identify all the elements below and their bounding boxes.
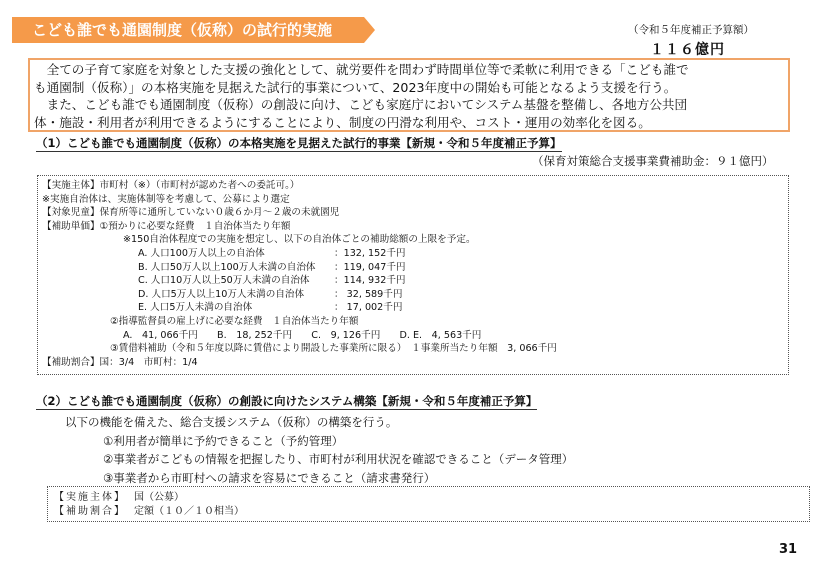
tier-label: E. 人口5万人未満の自治体	[138, 302, 252, 313]
tier-label: C. 人口10万人以上50万人未満の自治体	[138, 275, 310, 286]
summary-line: も通園制（仮称）」の本格実施を見据えた試行的事業について、2023年度中の開始も…	[34, 79, 784, 97]
implementer-note: ※実施自治体は、実施体制等を考慮して、公募により選定	[42, 193, 784, 207]
ratio-line: 【補助割合】国：3/4 市町村：1/4	[42, 356, 784, 370]
page-number: 31	[779, 542, 797, 557]
implementer-key: 【実施主体】	[54, 491, 134, 505]
section1-heading: （1）こども誰でも通園制度（仮称）の本格実施を見据えた試行的事業【新規・令和５年…	[36, 136, 562, 152]
summary-line: また、こども誰でも通園制度（仮称）の創設に向け、こども家庭庁においてシステム基盤…	[34, 96, 784, 114]
section2-details-box: 【実施主体】国（公募） 【補助割合】定額（１０／１０相当）	[47, 486, 810, 522]
tier-row: C. 人口10万人以上50万人未満の自治体：114, 932千円	[42, 274, 784, 288]
rent-line: ③賃借料補助（令和５年度以降に賃借により開設した事業所に限る） １事業所当たり年…	[42, 342, 784, 356]
implementer-row: 【実施主体】国（公募）	[54, 491, 803, 505]
tier-label: D. 人口5万人以上10万人未満の自治体	[138, 289, 304, 300]
tier-row: D. 人口5万人以上10万人未満の自治体： 32, 589千円	[42, 288, 784, 302]
section2-heading: （2）こども誰でも通園制度（仮称）の創設に向けたシステム構築【新規・令和５年度補…	[36, 394, 537, 410]
budget-amount: １１６億円	[650, 39, 725, 59]
banner-arrow-shape	[364, 17, 375, 43]
section2-intro: 以下の機能を備えた、総合支援システム（仮称）の構築を行う。	[65, 413, 573, 432]
title-banner: こども誰でも通園制度（仮称）の試行的実施	[12, 17, 364, 43]
supervisor-line: ②指導監督員の雇上げに必要な経費 １自治体当たり年額	[42, 315, 784, 329]
tier-row: A. 人口100万人以上の自治体：132, 152千円	[42, 247, 784, 261]
section1-details-box: 【実施主体】市町村（※）（市町村が認めた者への委託可。） ※実施自治体は、実施体…	[37, 175, 789, 375]
ratio-key: 【補助割合】	[54, 505, 134, 519]
tier-amount: ： 17, 002千円	[334, 301, 402, 315]
budget-label: （令和５年度補正予算額）	[628, 22, 754, 37]
summary-line: 体・施設・利用者が利用できるようにすることにより、制度の円滑な利用や、コスト・運…	[34, 114, 784, 132]
tier-amount: ：114, 932千円	[334, 274, 406, 288]
feature-item: ③事業者から市町村への請求を容易にできること（請求書発行）	[65, 469, 573, 488]
implementer-value: 国（公募）	[134, 492, 184, 503]
target-line: 【対象児童】保育所等に通所していない０歳６か月～２歳の未就園児	[42, 206, 784, 220]
summary-line: 全ての子育て家庭を対象とした支援の強化として、就労要件を問わず時間単位等で柔軟に…	[34, 61, 784, 79]
tier-row: E. 人口5万人未満の自治体： 17, 002千円	[42, 301, 784, 315]
unit-price-note: ※150自治体程度での実施を想定し、以下の自治体ごとの補助総額の上限を予定。	[42, 233, 784, 247]
supervisor-amounts: A. 41, 066千円 B. 18, 252千円 C. 9, 126千円 D.…	[42, 329, 784, 343]
ratio-row: 【補助割合】定額（１０／１０相当）	[54, 505, 803, 519]
section2-body: 以下の機能を備えた、総合支援システム（仮称）の構築を行う。 ①利用者が簡単に予約…	[65, 413, 573, 487]
tier-amount: ： 32, 589千円	[334, 288, 402, 302]
tier-amount: ：132, 152千円	[334, 247, 406, 261]
feature-item: ①利用者が簡単に予約できること（予約管理）	[65, 432, 573, 451]
ratio-value: 定額（１０／１０相当）	[134, 506, 244, 517]
tier-row: B. 人口50万人以上100万人未満の自治体：119, 047千円	[42, 261, 784, 275]
feature-item: ②事業者がこどもの情報を把握したり、市町村が利用状況を確認できること（データ管理…	[65, 450, 573, 469]
tier-label: A. 人口100万人以上の自治体	[138, 248, 265, 259]
tier-amount: ：119, 047千円	[334, 261, 406, 275]
unit-price-line: 【補助単価】①預かりに必要な経費 １自治体当たり年額	[42, 220, 784, 234]
section1-subsidy-note: （保育対策総合支援事業費補助金：９１億円）	[532, 153, 774, 169]
summary-box: 全ての子育て家庭を対象とした支援の強化として、就労要件を問わず時間単位等で柔軟に…	[28, 58, 790, 132]
page-title: こども誰でも通園制度（仮称）の試行的実施	[32, 21, 332, 39]
implementer-line: 【実施主体】市町村（※）（市町村が認めた者への委託可。）	[42, 179, 784, 193]
tier-label: B. 人口50万人以上100万人未満の自治体	[138, 262, 316, 273]
